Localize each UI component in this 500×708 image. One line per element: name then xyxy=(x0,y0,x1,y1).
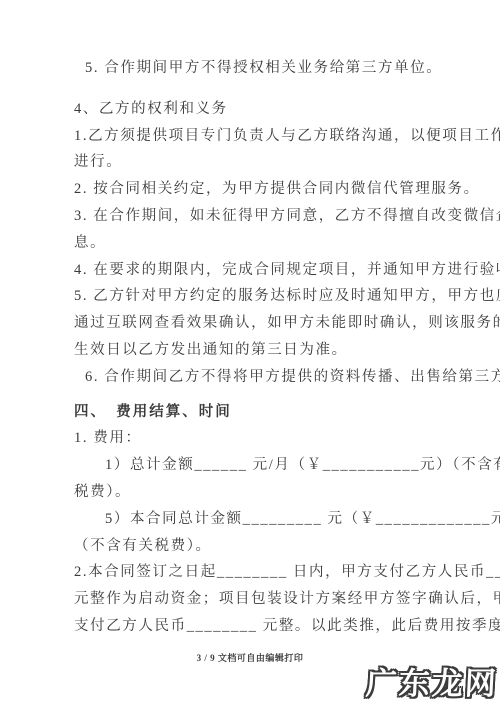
doc-line: 1. 费用： xyxy=(74,425,480,452)
doc-line: 2.本合同签订之日起________ 日内，甲方支付乙方人民币______ xyxy=(74,559,480,586)
doc-line: 支付乙方人民币________ 元整。以此类推，此后费用按季度支付。 xyxy=(74,613,480,640)
doc-line: 税费）。 xyxy=(74,479,480,506)
doc-line: 1）总计金额______ 元/月（￥___________元）（不含有关 xyxy=(74,452,480,479)
doc-line: 5）本合同总计金额_________ 元（￥_____________元） xyxy=(74,506,480,533)
doc-line: 5. 乙方针对甲方约定的服务达标时应及时通知甲方，甲方也应即时 xyxy=(74,283,480,310)
section-heading: 四、 费用结算、时间 xyxy=(74,399,480,426)
watermark-logo: 广东龙网 xyxy=(365,658,499,703)
doc-line: 2. 按合同相关约定，为甲方提供合同内微信代管理服务。 xyxy=(74,176,480,203)
doc-line: 3. 在合作期间，如未征得甲方同意，乙方不得擅自改变微信企业信 xyxy=(74,203,480,230)
doc-line: 进行。 xyxy=(74,149,480,176)
contract-page: 5. 合作期间甲方不得授权相关业务给第三方单位。 4、乙方的权利和义务 1.乙方… xyxy=(0,0,500,708)
doc-line: （不含有关税费）。 xyxy=(74,533,480,560)
doc-line: 元整作为启动资金；项目包装设计方案经甲方签字确认后，甲方再 xyxy=(74,586,480,613)
doc-line: 4、乙方的权利和义务 xyxy=(74,96,480,123)
doc-line: 通过互联网查看效果确认，如甲方未能即时确认，则该服务的合同 xyxy=(74,310,480,337)
document-body: 5. 合作期间甲方不得授权相关业务给第三方单位。 4、乙方的权利和义务 1.乙方… xyxy=(74,55,480,640)
doc-line: 6. 合作期间乙方不得将甲方提供的资料传播、出售给第三方。 xyxy=(74,364,480,391)
doc-line: 息。 xyxy=(74,230,480,257)
doc-line: 生效日以乙方发出通知的第三日为准。 xyxy=(74,337,480,364)
doc-line: 5. 合作期间甲方不得授权相关业务给第三方单位。 xyxy=(74,55,480,82)
doc-line: 4. 在要求的期限内，完成合同规定项目，并通知甲方进行验收。 xyxy=(74,257,480,284)
doc-line: 1.乙方须提供项目专门负责人与乙方联络沟通，以便项目工作的顺利 xyxy=(74,123,480,150)
